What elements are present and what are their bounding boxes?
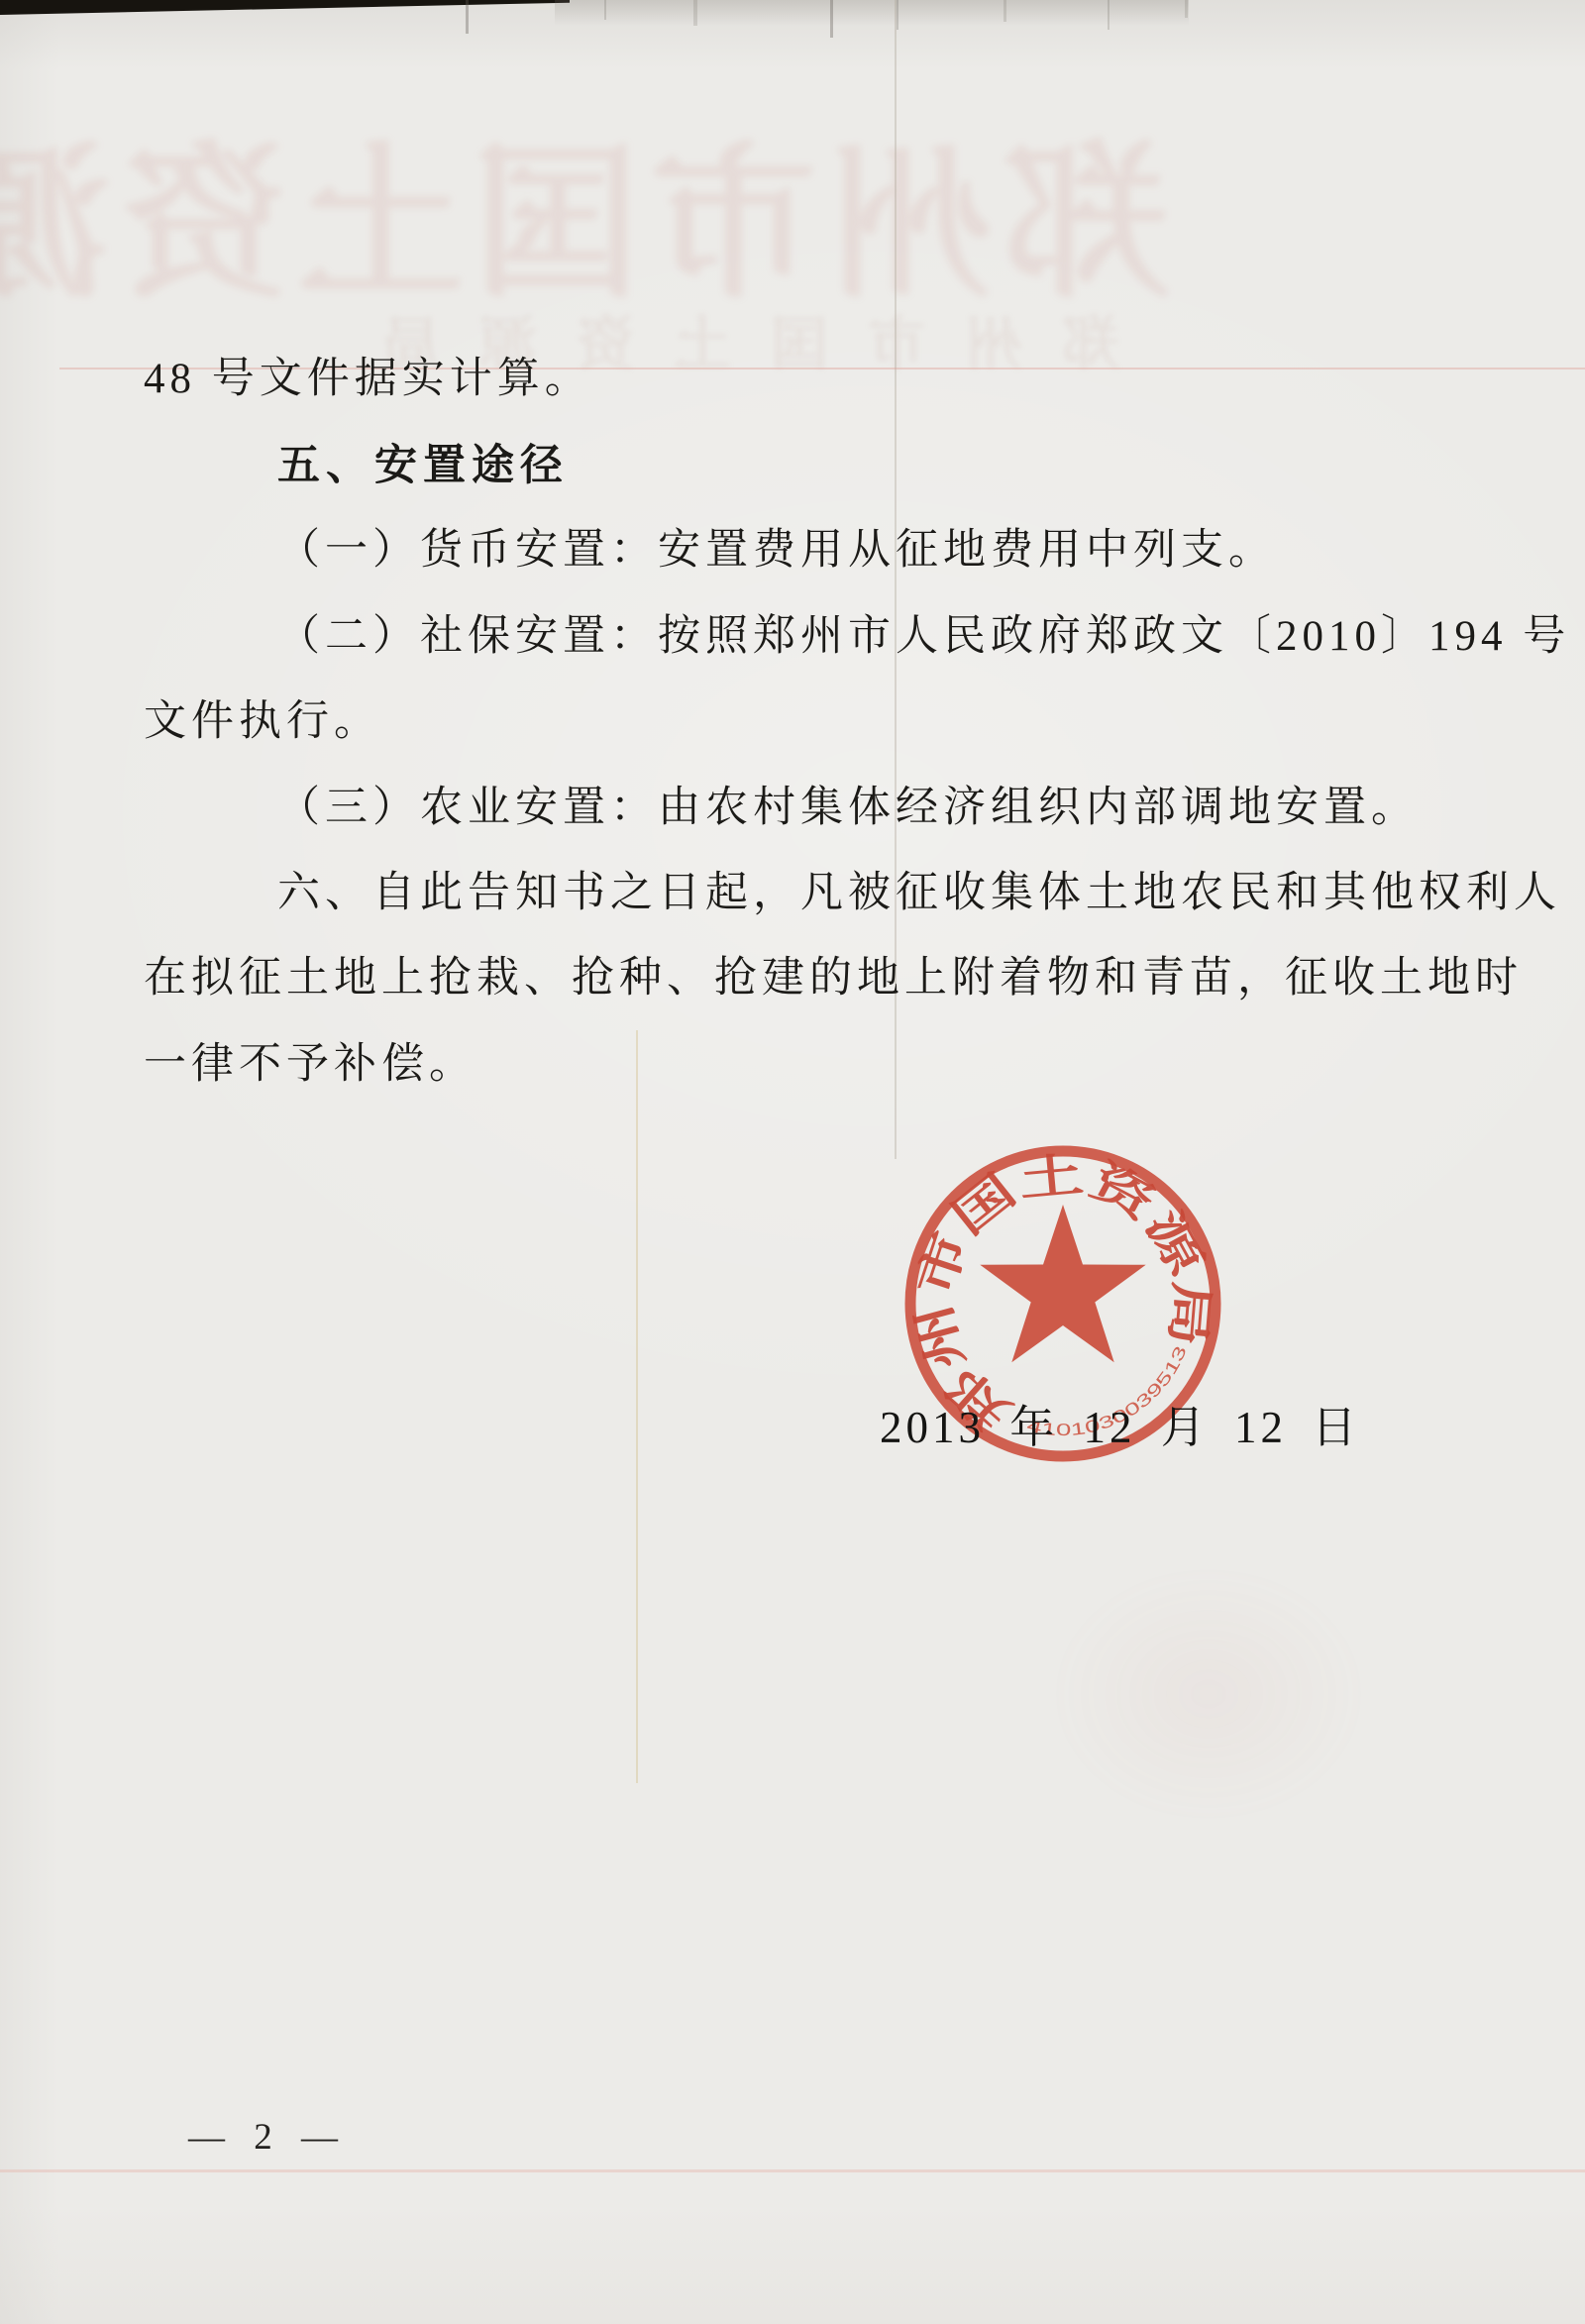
scan-edge-artifact [0,0,570,15]
scan-streak [693,0,697,26]
fold-line-horizontal [0,2169,1585,2172]
doc-line: 48 号文件据实计算。 [144,354,592,405]
scan-streak [466,0,469,34]
scan-streak [604,0,606,20]
scan-streak [1004,0,1006,22]
doc-line: 文件执行。 [144,696,381,748]
doc-line: （二）社保安置：按照郑州市人民政府郑政文〔2010〕194 号 [144,611,1570,663]
bleed-through-smudge [1050,1565,1367,1823]
doc-line: 在拟征土地上抢栽、抢种、抢建的地上附着物和青苗，征收土地时 [144,953,1523,1004]
page-number: — 2 — [188,2116,348,2159]
seal-star-icon [980,1205,1145,1362]
scan-streak [1185,0,1188,18]
doc-line: 一律不予补偿。 [144,1039,476,1091]
fold-line-vertical [636,1030,638,1783]
doc-line: （三）农业安置：由农村集体经济组织内部调地安置。 [144,783,1419,834]
scan-streak [830,0,833,38]
doc-line: 六、自此告知书之日起，凡被征收集体土地农民和其他权利人 [144,868,1561,919]
doc-heading: 五、安置途径 [144,440,569,491]
scanned-document-page: 郑州市国土资源局 郑州市国土资源局 48 号文件据实计算。 五、安置途径 （一）… [0,0,1585,2324]
issue-date: 2013 年 12 月 12 日 [880,1391,1360,1455]
scan-streak [897,0,898,30]
scan-streak [1108,0,1109,30]
scan-smudge [555,0,1189,26]
doc-line: （一）货币安置：安置费用从征地费用中列支。 [144,525,1276,577]
